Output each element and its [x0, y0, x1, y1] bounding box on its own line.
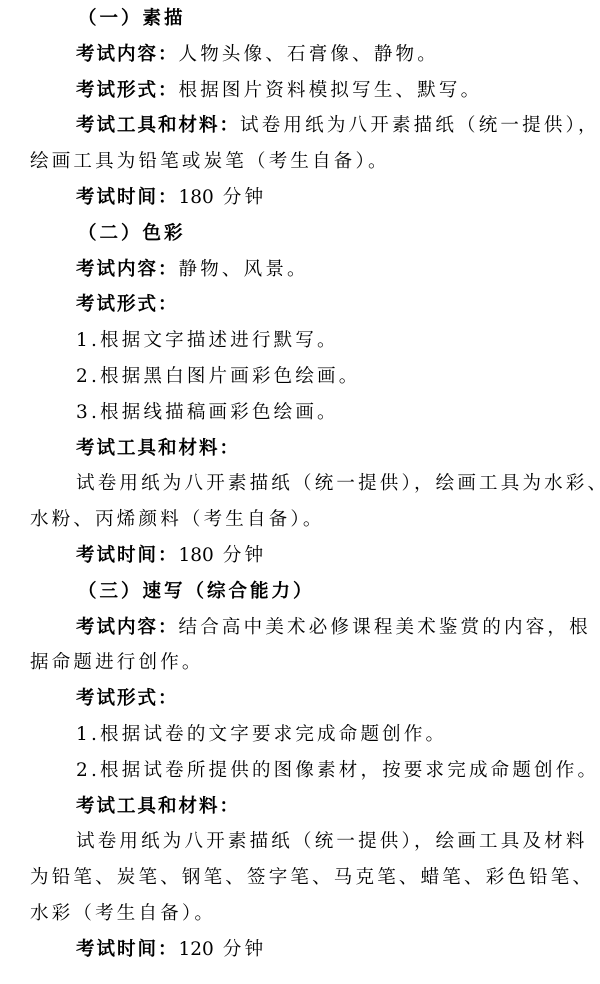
exam-form-item: 2.根据黑白图片画彩色绘画。: [30, 359, 580, 395]
exam-time-value: 180: [179, 545, 214, 566]
exam-form-item: 3.根据线描稿画彩色绘画。: [30, 395, 580, 431]
exam-tools-label: 考试工具和材料：: [76, 796, 240, 817]
exam-time-value: 120: [179, 939, 214, 960]
exam-form: 考试形式：: [30, 681, 580, 717]
document-body: （一）素描 考试内容：人物头像、石膏像、静物。 考试形式：根据图片资料模拟写生、…: [0, 0, 600, 968]
exam-time-unit: 分钟: [223, 545, 266, 566]
exam-tools-label: 考试工具和材料：: [76, 438, 240, 459]
exam-time: 考试时间：180 分钟: [30, 538, 580, 574]
section-heading-quick-sketch: （三）速写（综合能力）: [30, 574, 580, 610]
exam-tools-label: 考试工具和材料：: [76, 115, 240, 136]
exam-form-label: 考试形式：: [76, 688, 179, 709]
exam-time: 考试时间：180 分钟: [30, 180, 580, 216]
exam-tools: 考试工具和材料：: [30, 431, 580, 467]
exam-form-text: 根据图片资料模拟写生、默写。: [179, 80, 483, 101]
section-heading-color: （二）色彩: [30, 216, 580, 252]
exam-form-label: 考试形式：: [76, 80, 179, 101]
exam-content-text: 静物、风景。: [179, 259, 309, 280]
exam-time-unit: 分钟: [223, 939, 266, 960]
exam-tools-continued: 绘画工具为铅笔或炭笔（考生自备）。: [30, 144, 580, 180]
exam-tools-text: 试卷用纸为八开素描纸（统一提供），绘画工具为水彩、: [30, 466, 580, 502]
exam-time-label: 考试时间：: [76, 187, 179, 208]
exam-content-label: 考试内容：: [76, 617, 179, 638]
exam-form: 考试形式：: [30, 287, 580, 323]
exam-content-text: 结合高中美术必修课程美术鉴赏的内容，根: [179, 617, 591, 638]
exam-form-item: 1.根据试卷的文字要求完成命题创作。: [30, 717, 580, 753]
exam-tools-text: 试卷用纸为八开素描纸（统一提供），绘画工具及材料: [30, 824, 580, 860]
exam-form-item: 1.根据文字描述进行默写。: [30, 323, 580, 359]
exam-form-item: 2.根据试卷所提供的图像素材，按要求完成命题创作。: [30, 753, 580, 789]
exam-tools: 考试工具和材料：试卷用纸为八开素描纸（统一提供），: [30, 108, 580, 144]
exam-content-label: 考试内容：: [76, 259, 179, 280]
exam-content-label: 考试内容：: [76, 44, 179, 65]
exam-time-label: 考试时间：: [76, 545, 179, 566]
exam-content-continued: 据命题进行创作。: [30, 645, 580, 681]
exam-tools-continued: 为铅笔、炭笔、钢笔、签字笔、马克笔、蜡笔、彩色铅笔、: [30, 860, 580, 896]
exam-content: 考试内容：静物、风景。: [30, 252, 580, 288]
exam-time-label: 考试时间：: [76, 939, 179, 960]
exam-form: 考试形式：根据图片资料模拟写生、默写。: [30, 73, 580, 109]
exam-time-unit: 分钟: [223, 187, 266, 208]
exam-content-text: 人物头像、石膏像、静物。: [179, 44, 439, 65]
exam-tools-continued: 水彩（考生自备）。: [30, 896, 580, 932]
section-heading-sketch: （一）素描: [30, 1, 580, 37]
exam-tools: 考试工具和材料：: [30, 789, 580, 825]
exam-content: 考试内容：人物头像、石膏像、静物。: [30, 37, 580, 73]
exam-tools-continued: 水粉、丙烯颜料（考生自备）。: [30, 502, 580, 538]
exam-content: 考试内容：结合高中美术必修课程美术鉴赏的内容，根: [30, 610, 580, 646]
exam-time: 考试时间：120 分钟: [30, 932, 580, 968]
exam-tools-text: 试卷用纸为八开素描纸（统一提供），: [240, 115, 600, 136]
exam-time-value: 180: [179, 187, 214, 208]
exam-form-label: 考试形式：: [76, 294, 179, 315]
